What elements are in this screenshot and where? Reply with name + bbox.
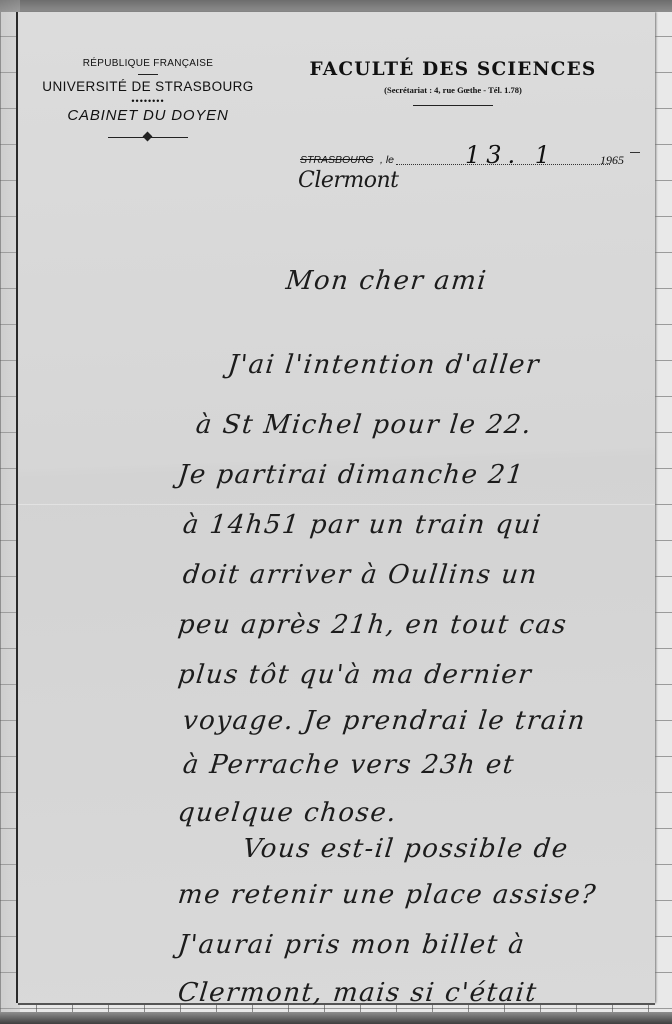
letterhead-right: FACULTÉ DES SCIENCES (Secrétariat : 4, r…	[273, 59, 633, 106]
letterhead-secretariat: (Secrétariat : 4, rue Gœthe - Tél. 1.78)	[273, 85, 633, 95]
body-line: à 14h51 par un train qui	[181, 510, 543, 540]
body-line: plus tôt qu'à ma dernier	[176, 660, 533, 690]
background-bottom-band	[0, 1012, 672, 1024]
letterhead-faculty: FACULTÉ DES SCIENCES	[273, 59, 633, 80]
handwritten-place: Clermont	[298, 168, 399, 193]
year: 1965	[600, 153, 624, 168]
body-line: J'ai l'intention d'aller	[226, 350, 541, 380]
date-line: STRASBOURG , le 13. 1 1965	[300, 139, 640, 169]
handwritten-date: 13. 1	[465, 141, 556, 169]
letterhead-university: UNIVERSITÉ DE STRASBOURG	[38, 79, 258, 94]
body-line: peu après 21h, en tout cas	[176, 610, 568, 640]
body-line: à St Michel pour le 22.	[194, 410, 533, 440]
letterhead-left: RÉPUBLIQUE FRANÇAISE UNIVERSITÉ DE STRAS…	[38, 58, 258, 142]
background-top-band	[0, 0, 672, 12]
background-shadow	[0, 0, 20, 1024]
salutation: Mon cher ami	[284, 266, 488, 296]
letterhead-cabinet: CABINET DU DOYEN	[38, 107, 258, 124]
body-line: Vous est-il possible de	[241, 834, 570, 864]
letterhead-rule	[138, 74, 158, 75]
letterhead-republique: RÉPUBLIQUE FRANÇAISE	[38, 58, 258, 69]
body-line: Clermont, mais si c'était	[176, 978, 539, 1008]
letterhead-dots: ••••••••	[38, 97, 258, 105]
paper-fold-line	[18, 504, 655, 505]
body-line: J'aurai pris mon billet à	[176, 930, 526, 960]
letter-page: RÉPUBLIQUE FRANÇAISE UNIVERSITÉ DE STRAS…	[18, 12, 655, 1003]
body-line: à Perrache vers 23h et	[181, 750, 516, 780]
body-line: me retenir une place assise?	[176, 880, 598, 910]
body-line: Je partirai dimanche 21	[176, 460, 525, 490]
body-line: quelque chose.	[176, 798, 398, 828]
date-dash	[630, 152, 640, 153]
letterhead-rule	[413, 105, 493, 106]
body-line: voyage. Je prendrai le train	[181, 706, 587, 736]
body-line: doit arriver à Oullins un	[181, 560, 539, 590]
printed-le: , le	[380, 154, 394, 166]
printed-city: STRASBOURG	[300, 154, 374, 166]
diamond-ornament-icon	[108, 132, 188, 142]
